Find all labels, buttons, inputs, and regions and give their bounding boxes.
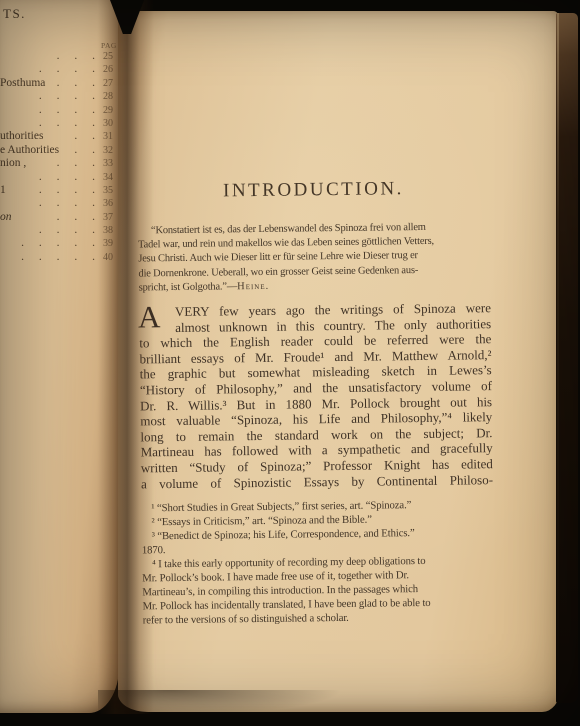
dot-leader: . . . . [39,171,96,184]
contents-header-fragment: TS. [3,6,26,22]
book-photo-canvas: TS. PAGE . . .25. . . .26Posthuma. . .27… [0,0,580,726]
contents-entry-fragment: 1 [0,184,6,197]
contents-row: . . . .29 [0,104,116,117]
contents-row: e Authorities. .32 [0,144,116,157]
page-number-fragment: 31 [103,130,116,143]
dot-leader: . . . [57,157,96,170]
dot-leader: . . . [57,211,96,224]
contents-row: . . . .26 [0,63,116,76]
page-number-fragment: 33 [103,157,116,170]
contents-row: . . . .38 [0,224,116,237]
page-number-fragment: 37 [103,211,116,224]
page-number-fragment: 32 [103,144,116,157]
dot-leader: . . . [57,50,96,63]
epigraph-last-text: spricht, ist Golgotha.”— [139,281,238,293]
epigraph-quote: “Konstatiert ist es, das der Lebenswande… [138,220,491,295]
contents-row: . . .25 [0,50,116,63]
dot-leader: . . [74,144,96,157]
page-column-header: PAGE [101,41,116,50]
page-number-fragment: 26 [103,63,116,76]
dot-leader: . . . . [39,104,96,117]
contents-row: . . . . .39 [0,237,116,250]
dot-leader: . . . . [39,117,96,130]
contents-entry-fragment: Posthuma [0,77,45,90]
dot-leader: . . . . . [21,237,96,250]
contents-entry-fragment: uthorities [0,130,43,143]
contents-row: Posthuma. . .27 [0,77,116,90]
book-fore-edge [556,13,578,703]
page-number-fragment: 27 [103,77,116,90]
footnotes: ¹ “Short Studies in Great Subjects,” fir… [141,497,495,627]
body-paragraph: VERY few years ago the writings of Spino… [139,300,493,491]
contents-row: uthorities. .31 [0,130,116,143]
page-title: INTRODUCTION. [137,177,489,203]
page-number-fragment: 35 [103,184,116,197]
page-number-fragment: 34 [103,171,116,184]
left-contents-page: TS. PAGE . . .25. . . .26Posthuma. . .27… [0,0,119,713]
dot-leader: . . [74,130,96,143]
page-number-fragment: 38 [103,224,116,237]
dot-leader: . . . . [39,90,96,103]
introduction-page: INTRODUCTION. “Konstatiert ist es, das d… [118,11,560,712]
contents-row: . . . .36 [0,197,116,210]
contents-row: . . . . .40 [0,251,116,264]
page-number-fragment: 30 [103,117,116,130]
contents-row: . . . .34 [0,171,116,184]
epigraph-lines: “Konstatiert ist es, das der Lebenswande… [138,220,491,281]
page-number-fragment: 40 [103,251,116,264]
contents-entry-fragment: nion , [0,157,26,170]
contents-row: nion ,. . .33 [0,157,116,170]
page-number-fragment: 28 [103,90,116,103]
dot-leader: . . . [57,77,96,90]
dot-leader: . . . . [39,63,96,76]
contents-row: on. . .37 [0,211,116,224]
quote-attribution: Heine. [237,281,269,292]
dot-leader: . . . . [39,184,96,197]
contents-row: . . . .30 [0,117,116,130]
dot-leader: . . . . . [21,251,96,264]
contents-entry-fragment: on [0,211,12,224]
page-number-fragment: 39 [103,237,116,250]
page-number-fragment: 25 [103,50,116,63]
dot-leader: . . . . [39,197,96,210]
contents-rows: . . .25. . . .26Posthuma. . .27. . . .28… [0,50,116,264]
contents-row: 1. . . .35 [0,184,116,197]
dot-leader: . . . . [39,224,96,237]
contents-row: . . . .28 [0,90,116,103]
page-number-fragment: 36 [103,197,116,210]
text-line: refer to the versions of so distinguishe… [143,609,495,627]
page-number-fragment: 29 [103,104,116,117]
page-text-layer: INTRODUCTION. “Konstatiert ist es, das d… [118,11,560,712]
contents-entry-fragment: e Authorities [0,144,59,157]
